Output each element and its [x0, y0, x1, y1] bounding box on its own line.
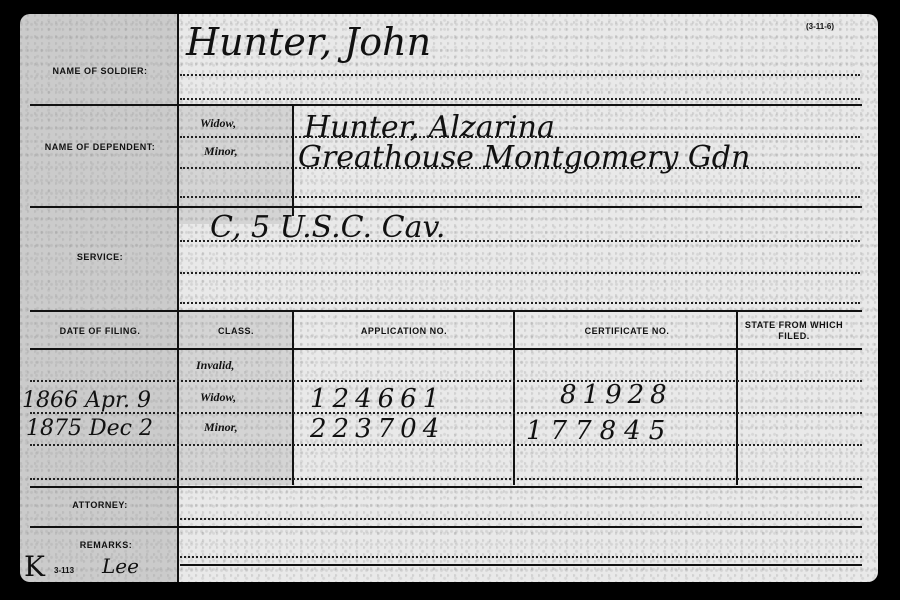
dotted-line — [30, 380, 862, 382]
dotted-line — [180, 136, 860, 138]
class-widow-row: Widow, — [200, 390, 236, 405]
col-divider — [513, 310, 515, 485]
row-divider — [30, 348, 862, 350]
corner-code: 3-113 — [54, 566, 74, 575]
certificate-no-2: 177845 — [526, 416, 673, 446]
header-state-from-which-filed: STATE FROM WHICH FILED. — [740, 320, 848, 342]
dotted-line — [180, 556, 862, 558]
header-certificate-no: CERTIFICATE NO. — [516, 326, 738, 337]
main-divider — [177, 14, 179, 582]
row-divider — [30, 104, 862, 106]
dotted-line — [180, 272, 860, 274]
dotted-line — [30, 444, 862, 446]
class-minor: Minor, — [204, 144, 238, 159]
label-name-of-dependent: NAME OF DEPENDENT: — [30, 142, 170, 153]
dependent-divider — [292, 104, 294, 216]
dotted-line — [180, 196, 860, 198]
col-divider — [736, 310, 738, 485]
dotted-line — [180, 240, 860, 242]
class-invalid: Invalid, — [196, 358, 234, 373]
header-application-no: APPLICATION NO. — [294, 326, 514, 337]
dotted-line — [180, 518, 862, 520]
row-divider — [180, 564, 862, 566]
label-remarks: REMARKS: — [36, 540, 176, 551]
filing-date-2: 1875 Dec 2 — [26, 416, 153, 441]
corner-signature: Lee — [102, 554, 139, 578]
pension-index-card: (3-11-6) NAME OF SOLDIER: Hunter, John N… — [20, 14, 878, 582]
label-service: SERVICE: — [30, 252, 170, 263]
class-widow: Widow, — [200, 116, 236, 131]
header-date-of-filing: DATE OF FILING. — [30, 326, 170, 337]
dotted-line — [180, 74, 860, 76]
dotted-line — [30, 412, 862, 414]
dotted-line — [180, 167, 860, 169]
header-class: CLASS. — [180, 326, 292, 337]
dotted-line — [180, 302, 860, 304]
col-divider — [292, 310, 294, 485]
soldier-name: Hunter, John — [186, 20, 431, 64]
class-minor-row: Minor, — [204, 420, 238, 435]
certificate-no-1: 81928 — [560, 380, 673, 410]
corner-initial: K — [24, 550, 45, 582]
minor-name: Greathouse Montgomery Gdn — [298, 140, 750, 175]
dotted-line — [180, 98, 860, 100]
application-no-1: 124661 — [310, 384, 445, 414]
row-divider — [30, 526, 862, 528]
dotted-line — [30, 478, 862, 480]
form-code: (3-11-6) — [806, 22, 834, 31]
filing-date-1: 1866 Apr. 9 — [22, 388, 151, 413]
label-attorney: ATTORNEY: — [30, 500, 170, 511]
label-name-of-soldier: NAME OF SOLDIER: — [30, 66, 170, 77]
application-no-2: 223704 — [310, 414, 445, 444]
row-divider — [30, 486, 862, 488]
label-column — [20, 14, 178, 582]
row-divider — [30, 206, 862, 208]
